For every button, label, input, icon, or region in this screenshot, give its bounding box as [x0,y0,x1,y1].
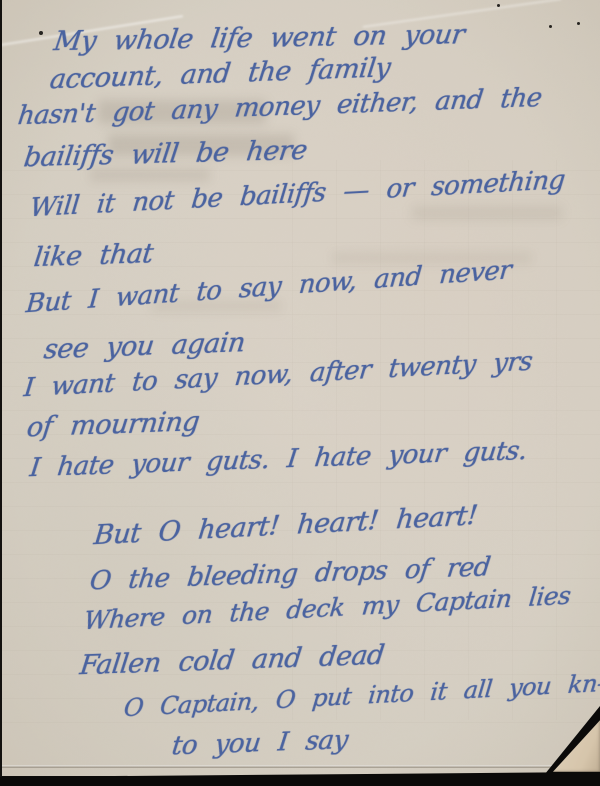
scanned-letter-page: My whole life went on youraccount, and t… [0,0,600,786]
handwritten-line: Will it not be bailiffs — or something [28,164,566,224]
paper-bottom-edge [2,765,600,768]
handwriting-layer: My whole life went on youraccount, and t… [2,0,600,776]
handwritten-line: like that [32,238,155,274]
handwritten-line: But O heart! heart! heart! [92,500,479,552]
handwritten-line: My whole life went on your [52,19,467,58]
paper-sheet: My whole life went on youraccount, and t… [2,0,600,776]
handwritten-line: of mourning [25,406,201,444]
handwritten-line: see you again [42,327,247,366]
handwritten-line: Fallen cold and dead [78,639,386,682]
handwritten-line: bailiffs will be here [22,135,309,175]
scan-edge-left [0,0,2,786]
handwritten-line: to you I say [170,724,350,762]
handwritten-line: I hate your guts. I hate your guts. [28,435,529,485]
